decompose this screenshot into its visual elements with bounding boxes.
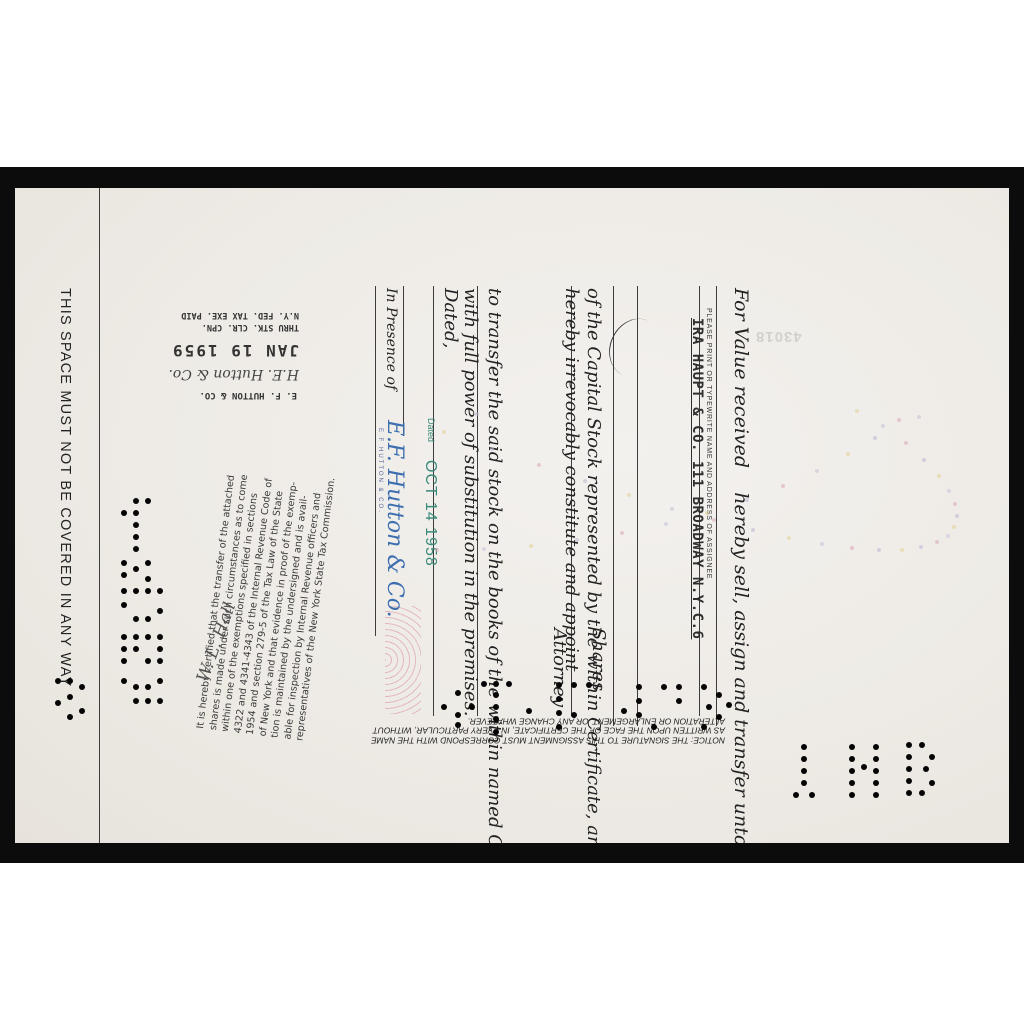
paper-speck <box>815 469 819 473</box>
perforation-dot <box>636 684 642 690</box>
perforation-dot <box>861 764 867 770</box>
rule <box>716 286 717 726</box>
perforation-dot <box>849 780 855 786</box>
paper-speck <box>627 493 631 497</box>
perforation-dot <box>586 682 592 688</box>
perforation-dot <box>706 704 712 710</box>
perforation-dot <box>873 780 879 786</box>
paper-speck <box>781 484 785 488</box>
perforation-dot <box>157 678 163 684</box>
irrevocably-line: hereby irrevocably constitute and appoin… <box>561 288 582 671</box>
perforation-dot <box>801 780 807 786</box>
perforation-dot <box>621 708 627 714</box>
perforation-dot <box>79 684 85 690</box>
perforation-dot <box>801 768 807 774</box>
perforation-dot <box>849 768 855 774</box>
perforation-dot <box>455 690 461 696</box>
perforation-dot <box>506 681 512 687</box>
perforation-dot <box>636 712 642 718</box>
guarantee-signature: E.F. Hutton & Co. <box>382 420 407 618</box>
perforation-dot <box>906 778 912 784</box>
shares-word: Shares <box>588 628 609 691</box>
perforation-dot <box>67 714 73 720</box>
perforation-dot <box>121 560 127 566</box>
paper-speck <box>583 479 587 483</box>
paper-speck <box>490 447 494 451</box>
perforation-dot <box>121 634 127 640</box>
perforation-dot <box>906 766 912 772</box>
perforation-dot <box>493 716 499 722</box>
perforation-dot <box>145 576 151 582</box>
perforation-dot <box>873 792 879 798</box>
hutton-signature: H.E. Hutton & Co. <box>169 366 299 382</box>
perforation-dot <box>67 678 73 684</box>
perforation-dot <box>157 646 163 652</box>
paper-speck <box>935 540 939 544</box>
hutton-line2: THRU STK. CLR. CPN. <box>202 322 299 332</box>
hutton-date: JAN 19 1959 <box>171 341 299 360</box>
perforation-dot <box>923 766 929 772</box>
perforation-dot <box>481 681 487 687</box>
notice: NOTICE: THE SIGNATURE TO THIS ASSIGNMENT… <box>370 716 725 745</box>
x-mark <box>600 310 672 386</box>
perforation-dot <box>493 704 499 710</box>
paper-speck <box>917 415 921 419</box>
perforation-dot <box>133 634 139 640</box>
paper-speck <box>855 409 859 413</box>
perforation-dot <box>873 768 879 774</box>
for-value-received: For Value received hereby sell, assign a… <box>730 288 752 843</box>
paper-speck <box>897 418 901 422</box>
perforation-dot <box>801 744 807 750</box>
paper-speck <box>904 441 908 445</box>
paper-speck <box>937 474 941 478</box>
paper-speck <box>745 498 749 502</box>
perforation-dot <box>661 684 667 690</box>
paper-speck <box>946 534 950 538</box>
perforation-dot <box>873 744 879 750</box>
perforation-dot <box>145 588 151 594</box>
transfer-line: to transfer the said stock on the books … <box>484 288 505 843</box>
perforation-dot <box>121 602 127 608</box>
perforation-dot <box>849 756 855 762</box>
perforation-dot <box>121 510 127 516</box>
perforation-dot <box>121 658 127 664</box>
paper-speck <box>900 548 904 552</box>
guarantee-firm: E F HUTTON & CO. <box>377 428 383 514</box>
perforation-dot <box>121 678 127 684</box>
perforation-dot <box>906 742 912 748</box>
in-presence-label: In Presence of <box>383 288 399 390</box>
perforation-dot <box>455 712 461 718</box>
perforation-dot <box>493 681 499 687</box>
paper-speck <box>664 522 668 526</box>
paper-speck <box>482 547 486 551</box>
perforation-dot <box>145 498 151 504</box>
perforation-dot <box>121 646 127 652</box>
perforation-dot <box>676 698 682 704</box>
perforation-dot <box>67 694 73 700</box>
perforation-dot <box>121 588 127 594</box>
perforation-dot <box>556 696 562 702</box>
perforation-dot <box>133 684 139 690</box>
paper-speck <box>529 544 533 548</box>
perforation-dot <box>133 646 139 652</box>
perforation-dot <box>133 566 139 572</box>
perforation-dot <box>157 608 163 614</box>
hutton-firm: E. F. HUTTON & CO. <box>199 390 297 400</box>
paper-speck <box>475 412 479 416</box>
perforation-dot <box>469 704 475 710</box>
shares-line: of the Capital Stock represented by the … <box>583 288 604 843</box>
perforation-dot <box>455 722 461 728</box>
perforation-dot <box>716 692 722 698</box>
paper-speck <box>953 502 957 506</box>
perforation-dot <box>121 572 127 578</box>
faint-certificate-number: 43018 <box>755 328 802 345</box>
rule <box>403 286 404 436</box>
perforation-dot <box>133 522 139 528</box>
perforation-dot <box>919 742 925 748</box>
paper-speck <box>873 436 877 440</box>
perforation-dot <box>133 616 139 622</box>
perforation-dot <box>55 678 61 684</box>
paper-speck <box>850 546 854 550</box>
perforation-dot <box>145 684 151 690</box>
perforation-dot <box>571 712 577 718</box>
perforation-dot <box>919 790 925 796</box>
signature-guarantee-seal <box>385 606 421 714</box>
assignee-stamp: IRA HAUPT & CO. 111 BROADWAY N.Y.C.6 <box>689 318 705 639</box>
paper-speck <box>670 507 674 511</box>
perforation-dot <box>493 692 499 698</box>
perforation-dot <box>929 780 935 786</box>
perforation-dot <box>726 702 732 708</box>
paper-speck <box>955 514 959 518</box>
hutton-line1: N.Y. FED. TAX EXE. PAID <box>181 310 299 320</box>
paper-speck <box>705 511 709 515</box>
perforation-dot <box>809 792 815 798</box>
perforation-dot <box>133 588 139 594</box>
perforation-dot <box>133 546 139 552</box>
paper-speck <box>877 548 881 552</box>
paper-speck <box>947 489 951 493</box>
paper-speck <box>435 548 439 552</box>
perforation-dot <box>849 744 855 750</box>
perforation-dot <box>556 710 562 716</box>
perforation-dot <box>906 790 912 796</box>
perforation-dot <box>571 682 577 688</box>
hutton-tax-stamp: E. F. HUTTON & CO. H.E. Hutton & Co. JAN… <box>135 298 305 408</box>
perforation-dot <box>929 754 935 760</box>
perforation-dot <box>145 658 151 664</box>
perforation-dot <box>873 756 879 762</box>
perforation-dot <box>701 724 707 730</box>
paper-speck <box>442 430 446 434</box>
perforation-dot <box>133 698 139 704</box>
perforation-dot <box>145 634 151 640</box>
paper-speck <box>751 528 755 532</box>
dated-label: Dated, <box>440 288 461 348</box>
paper-speck <box>820 542 824 546</box>
perforation-dot <box>906 754 912 760</box>
paper-speck <box>575 538 579 542</box>
paper-speck <box>787 536 791 540</box>
perforation-dot <box>145 698 151 704</box>
paper-speck <box>881 424 885 428</box>
perforation-dot <box>79 708 85 714</box>
perforation-dot <box>133 498 139 504</box>
paper-speck <box>846 452 850 456</box>
perforation-dot <box>55 700 61 706</box>
perforation-dot <box>145 616 151 622</box>
paper-speck <box>620 531 624 535</box>
perforation-dot <box>145 560 151 566</box>
assignee-hint: PLEASE PRINT OR TYPEWRITE NAME AND ADDRE… <box>705 308 712 579</box>
paper-speck <box>922 458 926 462</box>
perforation-dot <box>793 792 799 798</box>
perforation-dot <box>556 682 562 688</box>
substitution-line: with full power of substitution in the p… <box>460 288 481 716</box>
perforation-dot <box>676 684 682 690</box>
rule <box>375 286 376 636</box>
perforation-dot <box>133 534 139 540</box>
perforation-dot <box>526 708 532 714</box>
perforation-dot <box>636 698 642 704</box>
certificate-back: THIS SPACE MUST NOT BE COVERED IN ANY WA… <box>15 188 1009 843</box>
perforation-dot <box>157 588 163 594</box>
perforation-dot <box>556 724 562 730</box>
perforation-dot <box>133 510 139 516</box>
perforation-dot <box>651 724 657 730</box>
perforation-dot <box>157 698 163 704</box>
perforation-dot <box>849 792 855 798</box>
paper-speck <box>537 463 541 467</box>
perforation-dot <box>801 756 807 762</box>
guarantee-dated-label: Dated <box>426 418 436 442</box>
perforation-dot <box>157 634 163 640</box>
paper-speck <box>952 525 956 529</box>
margin-notice: THIS SPACE MUST NOT BE COVERED IN ANY WA… <box>57 288 73 687</box>
margin-rule <box>99 188 100 843</box>
perforation-dot <box>441 704 447 710</box>
perforation-dot <box>716 714 722 720</box>
tax-certification: It is hereby certified that the transfer… <box>195 465 339 742</box>
perforation-dot <box>493 729 499 735</box>
paper-speck <box>919 545 923 549</box>
paper-speck <box>712 518 716 522</box>
perforation-dot <box>701 684 707 690</box>
perforation-dot <box>157 658 163 664</box>
